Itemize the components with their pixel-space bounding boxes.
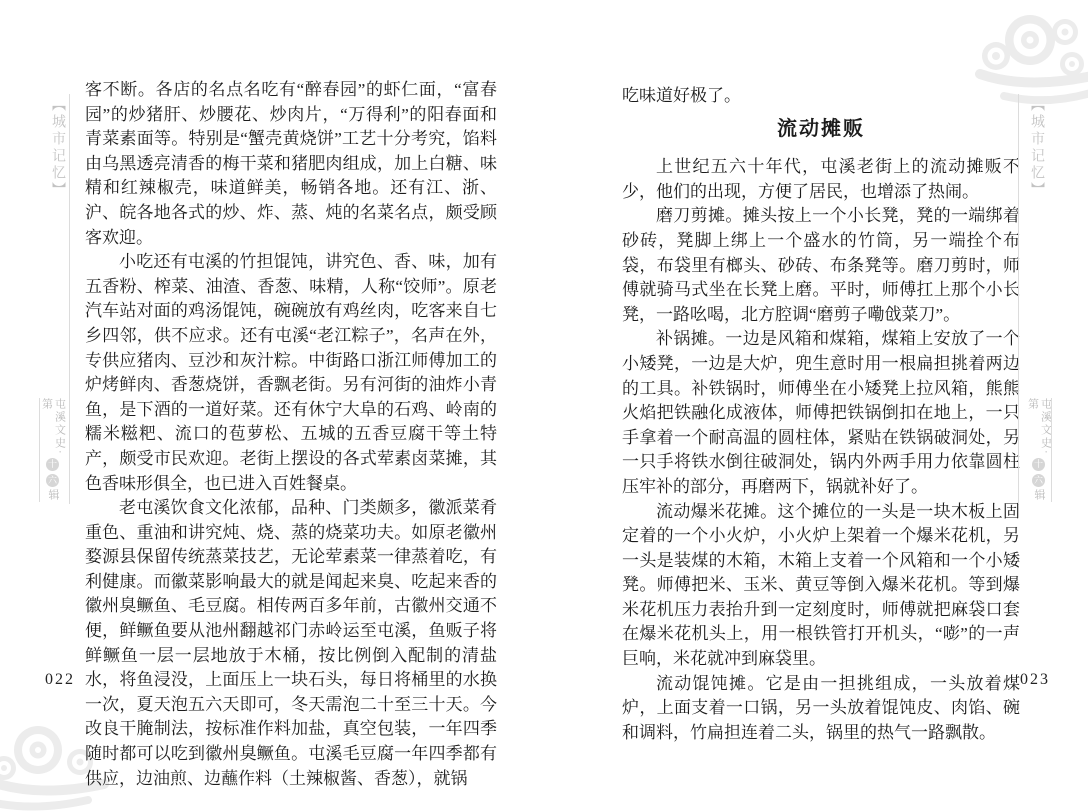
right-volume-label: 屯溪文史·第 十 六 辑 [1026,398,1052,502]
right-page-body: 吃味道好极了。 流动摊贩 上世纪五六十年代，屯溪老街上的流动摊贩不少，他们的出现… [622,84,1020,745]
left-page-number: 022 [45,671,75,689]
right-page-number: 023 [1020,671,1050,689]
volume-tick-line [1051,398,1052,502]
left-volume-label: 屯溪文史·第 十 六 辑 [39,398,65,502]
section-heading: 流动摊贩 [622,117,1020,142]
paragraph: 补锅摊。一边是风箱和煤箱，煤箱上安放了一个小矮凳，一边是大炉，兜生意时用一根扁担… [622,327,1020,499]
right-margin-rule [1018,94,1019,504]
volume-circled-char: 十 [1032,458,1045,471]
paragraph: 老屯溪饮食文化浓郁，品种、门类颇多，徽派菜肴重色、重油和讲究炖、烧、蒸的烧菜功夫… [85,496,497,791]
paragraph: 磨刀剪摊。摊头按上一个小长凳，凳的一端绑着砂砖，凳脚上绑上一个盛水的竹筒，另一端… [622,204,1020,327]
paragraph: 流动馄饨摊。它是由一担挑组成，一头放着煤炉，上面支着一口锅，另一头放着馄饨皮、肉… [622,672,1020,746]
volume-text: 屯溪文史·第 十 六 辑 [1026,398,1051,502]
volume-circled-char: 六 [46,474,59,487]
paragraph: 流动爆米花摊。这个摊位的一头是一块木板上固定着的一个小火炉，小火炉上架着一个爆米… [622,500,1020,672]
paragraph: 客不断。各店的名点名吃有“醉春园”的虾仁面，“富春园”的炒猪肝、炒腰花、炒肉片，… [85,78,497,250]
volume-circled-char: 十 [46,458,59,471]
volume-suffix: 辑 [1032,489,1045,502]
paragraph: 小吃还有屯溪的竹担馄饨，讲究色、香、味，加有五香粉、榨菜、油渣、香葱、味精，人称… [85,250,497,496]
volume-suffix: 辑 [46,489,59,502]
volume-prefix: 屯溪文史·第 [40,398,66,456]
paragraph: 上世纪五六十年代，屯溪老街上的流动摊贩不少，他们的出现，方便了居民，也增添了热闹… [622,155,1020,204]
left-series-title: 【城市记忆】 [47,97,67,199]
right-series-title: 【城市记忆】 [1026,97,1046,199]
volume-prefix: 屯溪文史·第 [1026,398,1052,456]
volume-text: 屯溪文史·第 十 六 辑 [40,398,65,502]
book-spread: 【城市记忆】 屯溪文史·第 十 六 辑 022 客不断。各店的名点名吃有“醉春园… [0,0,1088,812]
left-page-body: 客不断。各店的名点名吃有“醉春园”的虾仁面，“富春园”的炒猪肝、炒腰花、炒肉片，… [85,78,497,791]
left-margin-rule [69,94,70,504]
paragraph: 吃味道好极了。 [622,84,1020,109]
volume-circled-char: 六 [1032,474,1045,487]
